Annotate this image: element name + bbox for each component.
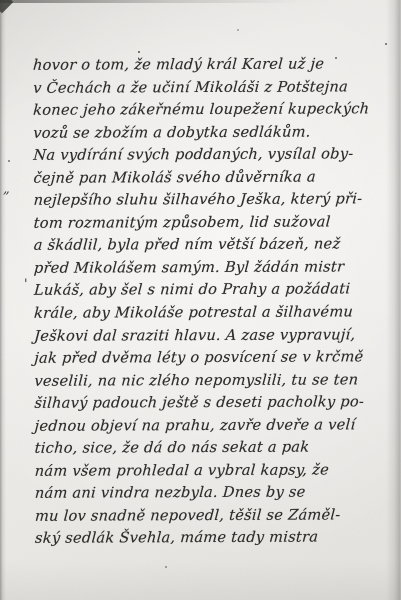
ink-specks <box>138 51 140 53</box>
handwritten-line: čejně pan Mikoláš svého důvěrníka a <box>33 166 379 190</box>
handwritten-line: a škádlil, byla před ním větší bázeň, ne… <box>33 234 379 258</box>
handwritten-line: tom rozmanitým způsobem, lid sužoval <box>33 211 379 235</box>
handwritten-line: ský sedlák Švehla, máme tady mistra <box>34 527 380 551</box>
handwritten-line: nejlepšího sluhu šilhavého Ješka, který … <box>33 189 379 213</box>
handwritten-line: hovor o tom, že mladý král Karel už je <box>32 53 378 77</box>
scan-edge-top-shadow <box>0 0 301 3</box>
handwritten-line: před Mikolášem samým. Byl žádán mistr <box>33 256 379 280</box>
handwritten-line: konec jeho zákeřnému loupežení kupeckých <box>32 98 378 122</box>
handwritten-line: mu lov snadně nepovedl, těšil se Záměl- <box>34 504 380 528</box>
scan-edge-right-shadow <box>386 0 401 600</box>
margin-apostrophe-mark: ' <box>24 277 28 292</box>
handwritten-line: nám ani vindra nezbyla. Dnes by se <box>34 482 380 506</box>
manuscript-text: hovor o tom, že mladý král Karel už je v… <box>33 53 380 551</box>
margin-insert-mark: „ <box>3 182 10 197</box>
scan-edge-bottom-shade <box>0 560 401 600</box>
handwritten-line: jak před dvěma léty o posvícení se v krč… <box>34 346 380 370</box>
handwritten-line: ticho, sice, že dá do nás sekat a pak <box>34 437 380 461</box>
handwritten-line: v Čechách a že učiní Mikoláši z Potštejn… <box>32 76 378 100</box>
handwritten-line: krále, aby Mikoláše potrestal a šilhavém… <box>33 301 379 325</box>
handwritten-line: Na vydírání svých poddaných, vysílal oby… <box>33 143 379 167</box>
scan-edge-left-shadow <box>0 0 6 600</box>
scan-corner-mark <box>0 0 13 13</box>
scanned-manuscript-page: „ ' hovor o tom, že mladý král Karel už … <box>0 0 401 600</box>
handwritten-line: veselili, na nic zlého nepomyslili, tu s… <box>34 369 380 393</box>
handwritten-line: Lukáš, aby šel s nimi do Prahy a požádat… <box>33 279 379 303</box>
handwritten-line: šilhavý padouch ještě s deseti pacholky … <box>34 391 380 415</box>
handwritten-line: Ješkovi dal sraziti hlavu. A zase vyprav… <box>33 324 379 348</box>
handwritten-line: vozů se zbožím a dobytka sedlákům. <box>33 121 379 145</box>
handwritten-line: jednou objeví na prahu, zavře dveře a ve… <box>34 414 380 438</box>
handwritten-line: nám všem prohledal a vybral kapsy, že <box>34 459 380 483</box>
